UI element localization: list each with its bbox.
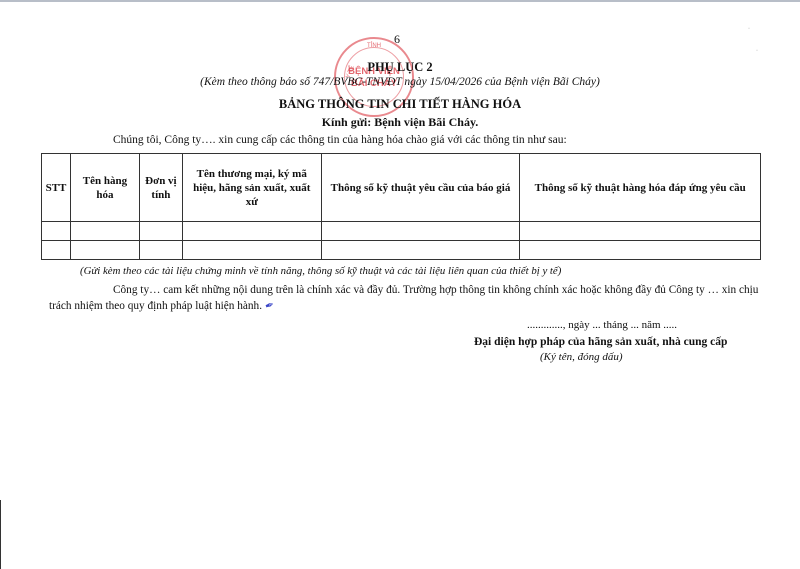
addressee: Kính gửi: Bệnh viện Bãi Cháy. — [0, 115, 800, 130]
signer-title: Đại diện hợp pháp của hãng sản xuất, nhà… — [474, 336, 727, 348]
commitment-line-2-text: trách nhiệm theo quy định pháp luật hiện… — [49, 300, 262, 312]
header-required-specs: Thông số kỹ thuật yêu cầu của báo giá — [321, 154, 520, 222]
table-cell — [70, 222, 139, 241]
header-unit: Đơn vị tính — [139, 154, 182, 222]
table-cell — [321, 241, 520, 260]
scan-left-edge — [0, 500, 1, 569]
table-cell — [520, 222, 761, 241]
table-cell — [139, 241, 182, 260]
pen-icon: ✒ — [263, 298, 276, 313]
page-number: 6 — [394, 32, 400, 47]
table-header-row: STT Tên hàng hóa Đơn vị tính Tên thương … — [42, 154, 761, 222]
commitment-line-2: trách nhiệm theo quy định pháp luật hiện… — [49, 299, 274, 312]
appendix-subtitle: (Kèm theo thông báo số 747/BVBC-TNVĐT ng… — [0, 76, 800, 88]
scan-speck: · — [756, 48, 758, 54]
table-cell — [182, 222, 321, 241]
header-offered-specs: Thông số kỹ thuật hàng hóa đáp ứng yêu c… — [520, 154, 761, 222]
header-trade-name: Tên thương mại, ký mã hiệu, hãng sản xuấ… — [182, 154, 321, 222]
signer-note: (Ký tên, đóng dấu) — [540, 351, 622, 363]
table-cell — [42, 241, 71, 260]
commitment-line-1: Công ty… cam kết những nội dung trên là … — [113, 284, 758, 296]
goods-detail-table: STT Tên hàng hóa Đơn vị tính Tên thương … — [41, 153, 761, 260]
table-cell — [42, 222, 71, 241]
table-cell — [182, 241, 321, 260]
table-cell — [70, 241, 139, 260]
stamp-ring-text: TỈNH — [336, 43, 412, 49]
table-row — [42, 241, 761, 260]
appendix-title: PHỤ LỤC 2 — [0, 60, 800, 75]
table-cell — [139, 222, 182, 241]
attachment-note: (Gửi kèm theo các tài liệu chứng minh về… — [80, 265, 561, 277]
table-cell — [520, 241, 761, 260]
table-title: BẢNG THÔNG TIN CHI TIẾT HÀNG HÓA — [0, 97, 800, 112]
scan-speck: · — [748, 26, 750, 32]
table-row — [42, 222, 761, 241]
date-line: ............., ngày ... tháng ... năm ..… — [527, 319, 677, 331]
header-goods-name: Tên hàng hóa — [70, 154, 139, 222]
table-cell — [321, 222, 520, 241]
scan-top-edge — [0, 0, 800, 2]
header-stt: STT — [42, 154, 71, 222]
intro-paragraph: Chúng tôi, Công ty…. xin cung cấp các th… — [113, 134, 567, 146]
